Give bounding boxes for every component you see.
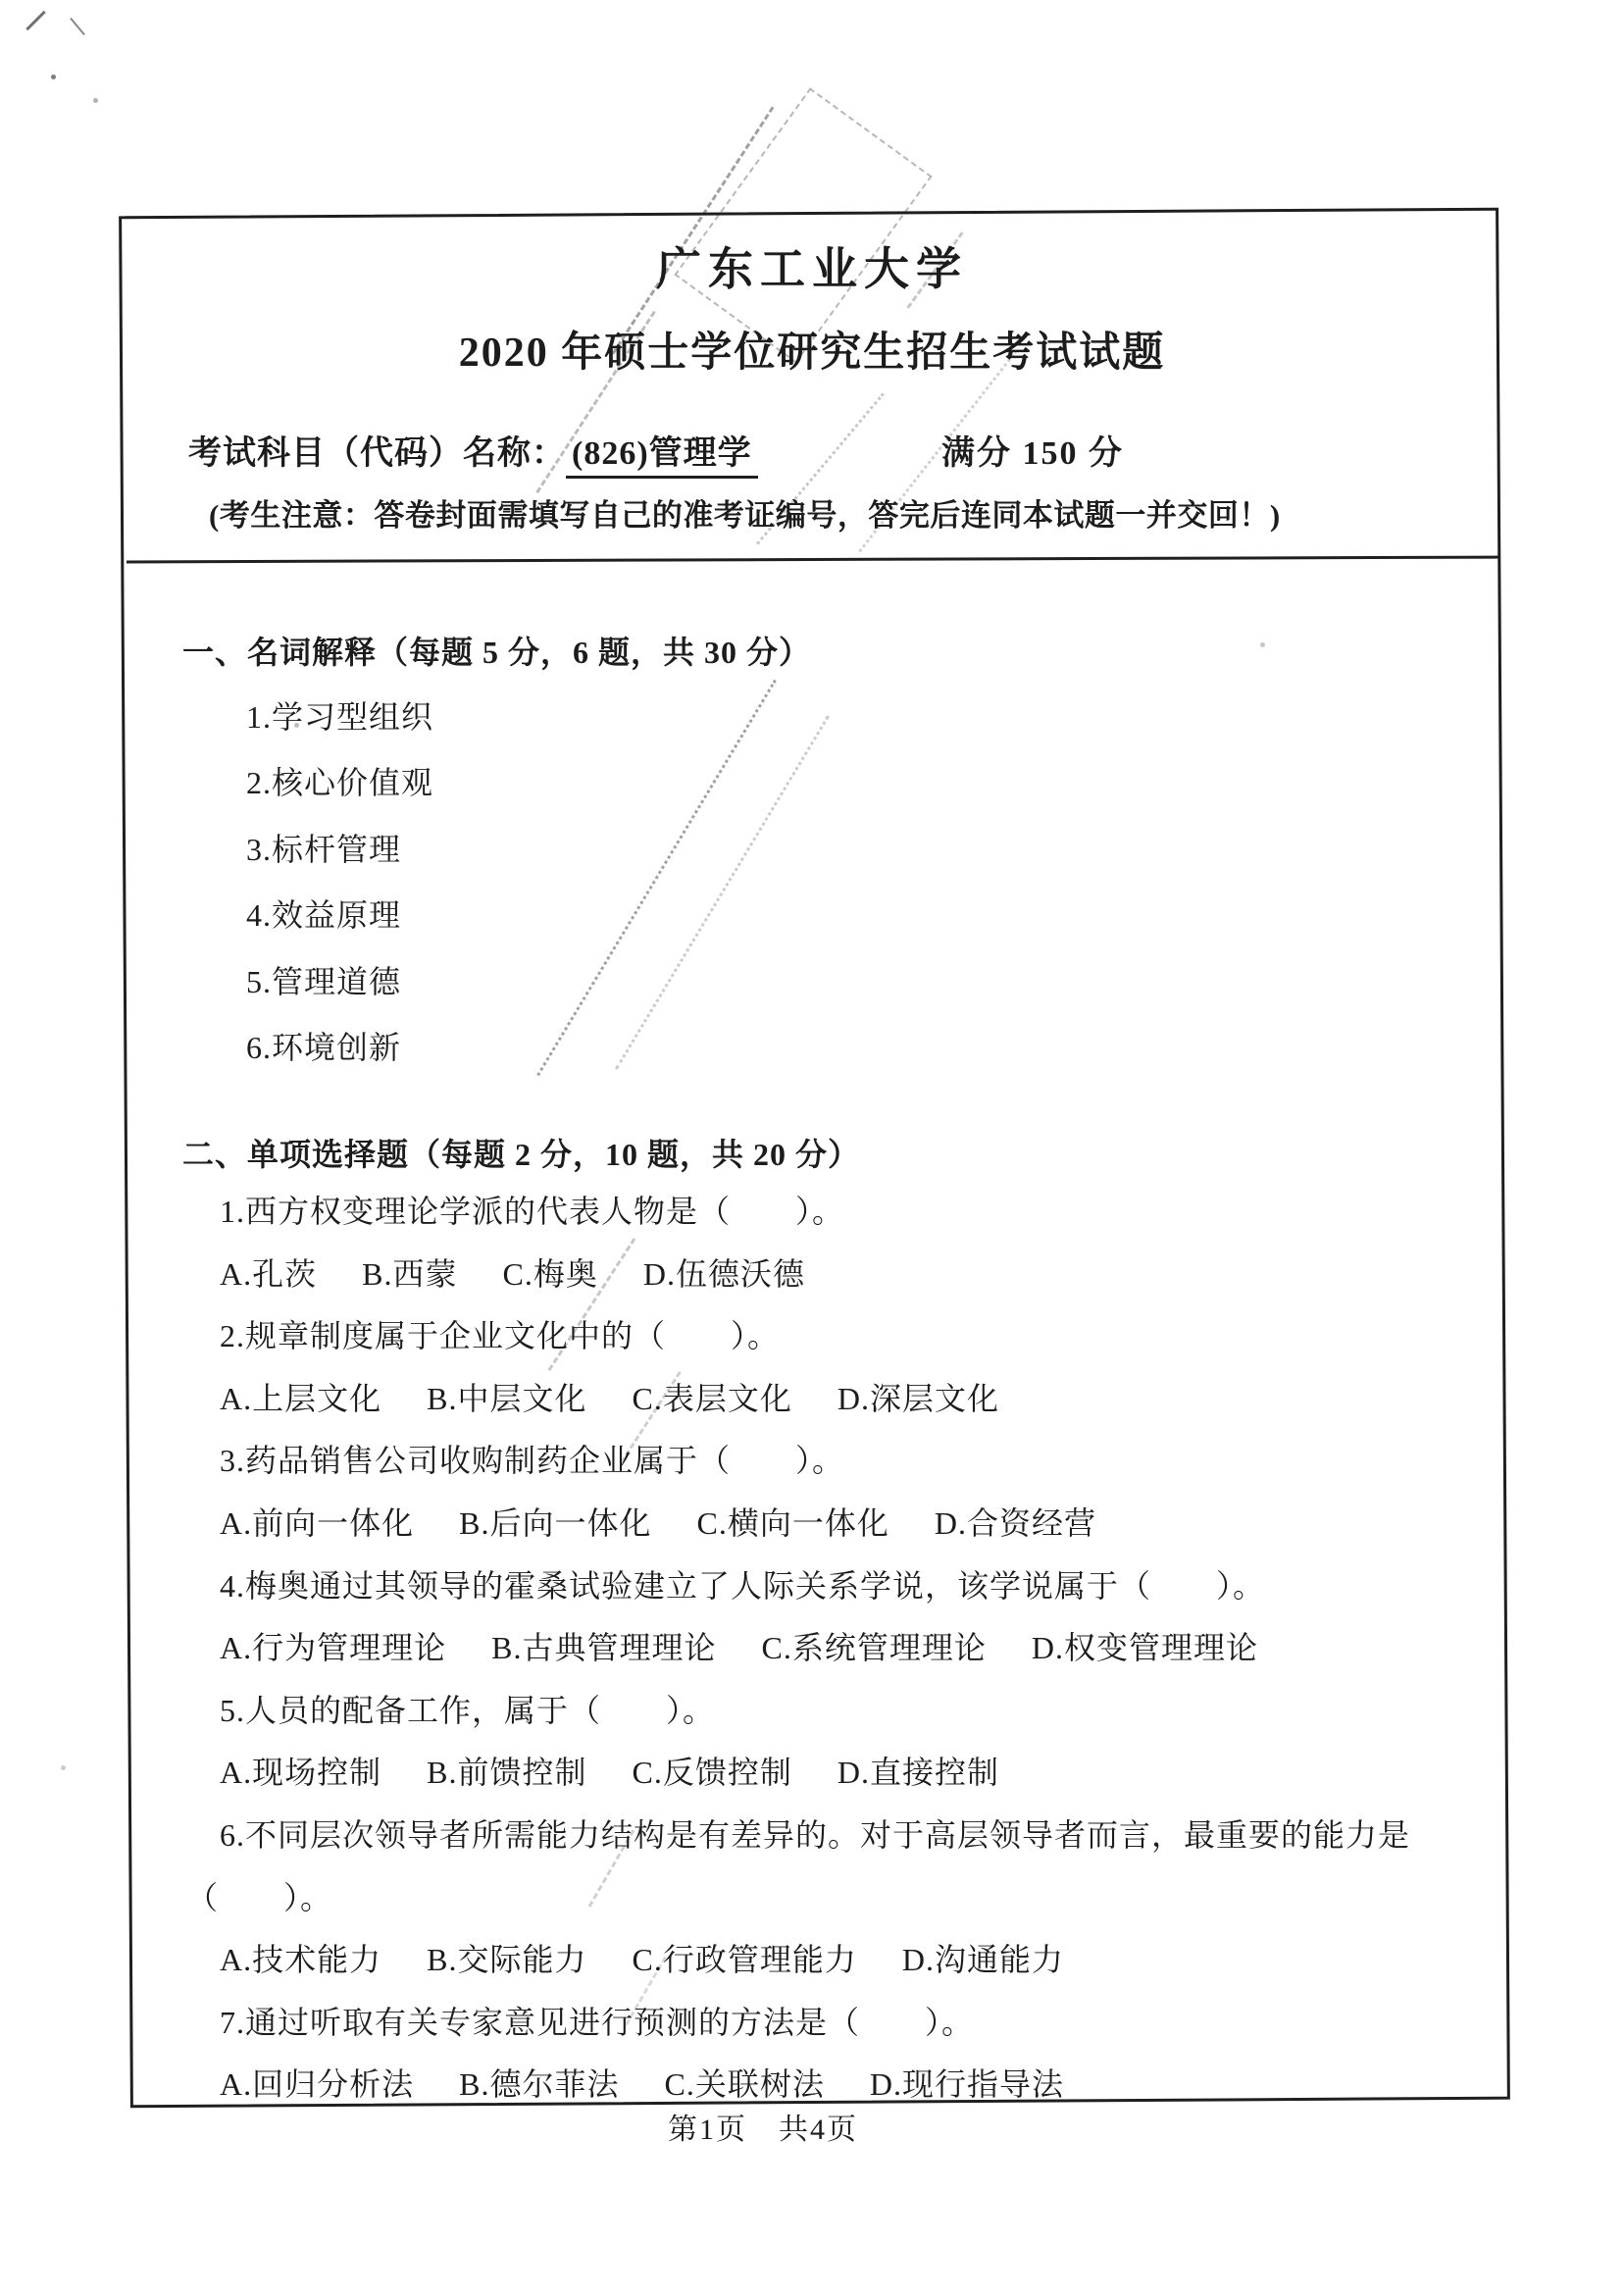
section1-items: 1.学习型组织2.核心价值观3.标杆管理4.效益原理5.管理道德6.环境创新 [246, 692, 1423, 1089]
question-text: 7.通过听取有关专家意见进行预测的方法是（ ）。 [0, 1998, 1624, 2061]
option: A.回归分析法 [220, 2066, 414, 2102]
option: B.西蒙 [362, 1256, 457, 1292]
scan-artifact [70, 18, 85, 35]
options-row: A.行为管理理论B.古典管理理论C.系统管理理论D.权变管理理论 [0, 1623, 1624, 1686]
option: B.后向一体化 [459, 1505, 651, 1541]
option: D.深层文化 [837, 1381, 999, 1416]
option: C.梅奥 [502, 1256, 597, 1292]
subject-code-name: (826)管理学 [566, 435, 758, 479]
section2-heading: 二、单项选择题（每题 2 分，10 题，共 20 分） [182, 1130, 860, 1175]
option: A.技术能力 [220, 1942, 381, 1977]
term-item: 3.标杆管理 [246, 825, 1423, 891]
question-text: 4.梅奥通过其领导的霍桑试验建立了人际关系学说，该学说属于（ ）。 [0, 1561, 1624, 1624]
option: C.表层文化 [632, 1381, 791, 1416]
option: D.合资经营 [935, 1505, 1096, 1541]
exam-paper-page: 广东工业大学 2020 年硕士学位研究生招生考试试题 考试科目（代码）名称：(8… [0, 0, 1624, 2293]
option: B.交际能力 [427, 1942, 586, 1977]
options-row: A.上层文化B.中层文化C.表层文化D.深层文化 [0, 1374, 1624, 1437]
options-row: A.前向一体化B.后向一体化C.横向一体化D.合资经营 [0, 1499, 1624, 1561]
question-text: 3.药品销售公司收购制药企业属于（ ）。 [0, 1436, 1624, 1499]
option: B.中层文化 [427, 1381, 586, 1416]
exam-title: 2020 年硕士学位研究生招生考试试题 [0, 320, 1624, 379]
option: A.孔茨 [220, 1256, 317, 1292]
candidate-notice: (考生注意：答卷封面需填写自己的准考证编号，答完后连同本试题一并交回！) [209, 490, 1281, 535]
options-row: A.技术能力B.交际能力C.行政管理能力D.沟通能力 [0, 1935, 1624, 1998]
term-item: 6.环境创新 [246, 1023, 1423, 1089]
option: C.横向一体化 [696, 1505, 888, 1541]
page-footer: 第1页 共4页 [0, 2105, 1526, 2148]
scan-artifact [93, 98, 98, 103]
option: A.现场控制 [220, 1755, 381, 1790]
option: C.关联树法 [664, 2066, 824, 2102]
question-text: 5.人员的配备工作，属于（ ）。 [0, 1686, 1624, 1749]
option: B.前馈控制 [427, 1755, 586, 1790]
full-score: 满分 150 分 [941, 426, 1124, 474]
term-item: 2.核心价值观 [246, 758, 1423, 824]
option: C.系统管理理论 [761, 1630, 986, 1665]
term-item: 4.效益原理 [246, 891, 1423, 956]
option: D.直接控制 [837, 1755, 999, 1790]
question-text: 6.不同层次领导者所需能力结构是有差异的。对于高层领导者而言，最重要的能力是 [0, 1810, 1624, 1873]
university-title: 广东工业大学 [0, 233, 1624, 298]
option: A.前向一体化 [220, 1505, 414, 1541]
option: D.现行指导法 [870, 2066, 1064, 2102]
option: D.伍德沃德 [643, 1256, 805, 1292]
subject-line: 考试科目（代码）名称：(826)管理学 [188, 426, 758, 474]
scan-artifact [51, 75, 56, 79]
term-item: 1.学习型组织 [246, 692, 1423, 758]
option: B.古典管理理论 [491, 1630, 716, 1665]
options-row: A.孔茨B.西蒙C.梅奥D.伍德沃德 [0, 1249, 1624, 1312]
question-text: 1.西方权变理论学派的代表人物是（ ）。 [0, 1187, 1624, 1249]
scan-artifact [25, 11, 46, 31]
option: C.行政管理能力 [632, 1942, 856, 1977]
option: B.德尔菲法 [459, 2066, 619, 2102]
options-row: A.现场控制B.前馈控制C.反馈控制D.直接控制 [0, 1748, 1624, 1810]
term-item: 5.管理道德 [246, 957, 1423, 1023]
question-text: 2.规章制度属于企业文化中的（ ）。 [0, 1311, 1624, 1374]
option: C.反馈控制 [632, 1755, 791, 1790]
option: A.上层文化 [220, 1381, 381, 1416]
section2-questions: 1.西方权变理论学派的代表人物是（ ）。A.孔茨B.西蒙C.梅奥D.伍德沃德2.… [0, 1187, 1624, 2122]
option: D.权变管理理论 [1032, 1630, 1258, 1665]
option: D.沟通能力 [902, 1942, 1064, 1977]
question-text-wrap: （ ）。 [0, 1873, 1624, 1936]
subject-label: 考试科目（代码）名称： [188, 435, 566, 472]
option: A.行为管理理论 [220, 1630, 446, 1665]
section1-heading: 一、名词解释（每题 5 分，6 题，共 30 分） [182, 628, 811, 673]
